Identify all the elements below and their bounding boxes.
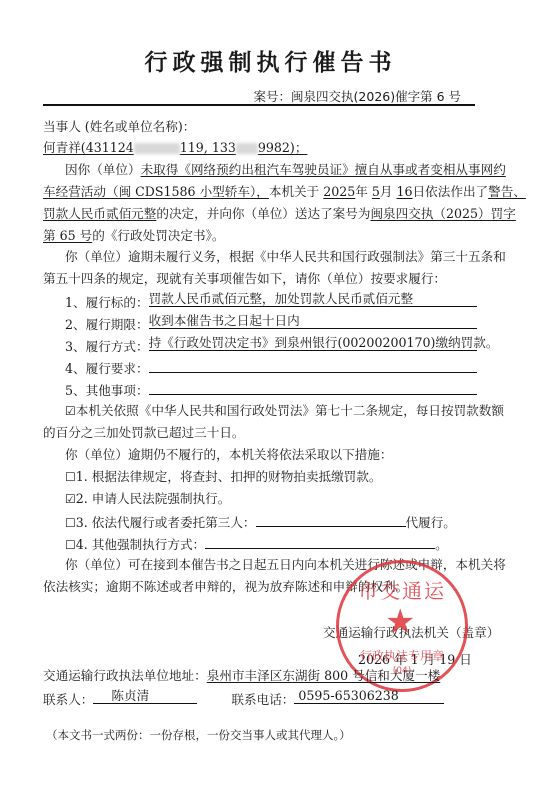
issuing-authority: 交通运输行政执法机关（盖章） — [323, 625, 499, 641]
para2-line1: 你（单位）逾期未履行义务，根据《中华人民共和国行政强制法》第三十五条和 — [65, 249, 506, 265]
measure-item: ☑2. 申请人民法院强制执行。 — [65, 491, 230, 507]
para1-line3: 罚款人民币贰佰元整的决定，并向你（单位）送达了案号为闽泉四交执（2025）罚字 — [43, 206, 516, 222]
requirement-item: 1、履行标的：罚款人民币贰佰元整，加处罚款人民币贰佰元整 — [65, 293, 477, 311]
measure-suffix: 。 — [435, 537, 448, 552]
checkbox-checked-icon: ☑ — [65, 492, 76, 506]
surcharge-text-1: 本机关依照《中华人民共和国行政处罚法》第七十二条规定，每日按罚款数额 — [76, 403, 504, 418]
penalty-fine: 罚款人民币贰佰元整 — [43, 206, 156, 221]
redacted-phone — [236, 143, 258, 154]
requirement-value-field: 持《行政处罚决定书》到泉州银行(00200200170)缴纳罚款。 — [149, 337, 477, 351]
address-label: 交通运输行政执法单位地址： — [43, 668, 207, 683]
para1-text-b: 的决定，并向你（单位）送达了案号为 — [156, 206, 370, 221]
requirement-value: 持《行政处罚决定书》到泉州银行(00200200170)缴纳罚款。 — [149, 335, 499, 351]
party-name-mid: 119, 133 — [180, 140, 236, 155]
third-party-field — [256, 513, 406, 527]
para1-line2: 车经营活动（闽 CDS1586 小型轿车），本机关于 2025年 5月 16日依… — [43, 184, 526, 200]
violation-text-1: 未取得《网络预约出租汽车驾驶员证》擅自从事或者变相从事网约 — [141, 162, 506, 177]
requirement-value-field: 收到本催告书之日起十日内 — [149, 315, 477, 329]
requirement-item: 3、履行方式：持《行政处罚决定书》到泉州银行(00200200170)缴纳罚款。 — [65, 337, 477, 355]
contact-line: 联系人：陈贞清 联系电话：0595-65306238 — [43, 690, 444, 708]
checkbox-empty-icon: ☐ — [65, 470, 76, 484]
para1-text-c: 的《行政处罚决定书》。 — [92, 228, 224, 243]
redacted-id — [134, 143, 180, 154]
penalty-warning: 警告、 — [488, 184, 526, 199]
decision-number-a: 闽泉四交执（2025）罚字 — [370, 206, 515, 221]
para1-lead: 因你（单位） — [65, 162, 141, 177]
checkbox-empty-icon: ☐ — [65, 538, 76, 552]
requirement-label: 2、履行期限： — [65, 317, 149, 332]
contact-phone-label: 联系电话： — [231, 692, 294, 707]
decision-number-b: 第 65 号 — [43, 228, 92, 243]
measure-text: 4. 其他强制执行方式： — [76, 537, 205, 552]
measure-text: 2. 申请人民法院强制执行。 — [76, 491, 231, 506]
requirement-item: 4、履行要求： — [65, 359, 477, 377]
address-value: 泉州市丰泽区东湖街 800 号信和大厦一楼 — [207, 668, 441, 683]
surcharge-line2: 的百分之三加处罚款已超过三十日。 — [43, 425, 245, 441]
para1-line4: 第 65 号的《行政处罚决定书》。 — [43, 228, 224, 244]
party-name-prefix: 何青祥(431124 — [43, 140, 134, 155]
statement-line1: 你（单位）可在接到本催告书之日起五日内向本机关进行陈述或申辩，本机关将 — [65, 557, 506, 573]
measure-text: 1. 根据法律规定，将查封、扣押的财物拍卖抵缴罚款。 — [76, 469, 382, 484]
measure-item: ☐3. 依法代履行或者委托第三人：代履行。 — [65, 513, 456, 531]
requirement-label: 1、履行标的： — [65, 295, 149, 310]
measure-item: ☐4. 其他强制执行方式：。 — [65, 535, 448, 553]
year-label: 年 — [355, 184, 368, 199]
requirement-label: 3、履行方式： — [65, 339, 149, 354]
case-number: 案号：闽泉四交执(2026)催字第 6 号 — [254, 87, 461, 105]
contact-person-label: 联系人： — [43, 692, 93, 707]
requirement-value: 罚款人民币贰佰元整，加处罚款人民币贰佰元整 — [149, 291, 413, 307]
requirement-item: 2、履行期限：收到本催告书之日起十日内 — [65, 315, 477, 333]
measure-suffix: 代履行。 — [406, 515, 456, 530]
para2-line2: 第五十四条的规定，现就有关事项催告如下，请你（单位）按要求履行： — [43, 271, 446, 287]
requirement-value-field — [149, 359, 477, 373]
checkbox-empty-icon: ☐ — [65, 516, 76, 530]
contact-person-field: 陈贞清 — [93, 690, 197, 704]
contact-person: 陈贞清 — [111, 688, 149, 704]
measure-item: ☐1. 根据法律规定，将查封、扣押的财物拍卖抵缴罚款。 — [65, 469, 381, 485]
document-title: 行政强制执行催告书 — [0, 44, 541, 77]
requirement-label: 4、履行要求： — [65, 361, 149, 376]
violation-text-2: 车经营活动（闽 CDS1586 小型轿车）， — [43, 184, 269, 199]
measures-intro: 你（单位）逾期仍不履行的，本机关将依法采取以下措施： — [65, 447, 392, 463]
day-label: 日依法作出了 — [413, 184, 489, 199]
issue-date: 2026 年 1 月 19 日 — [358, 652, 472, 668]
header-divider — [43, 104, 475, 106]
contact-phone-field: 0595-65306238 — [294, 690, 444, 704]
para1-line1: 因你（单位）未取得《网络预约出租汽车驾驶员证》擅自从事或者变相从事网约 — [65, 162, 506, 178]
requirement-item: 5、其他事项： — [65, 381, 477, 399]
requirement-value-field: 罚款人民币贰佰元整，加处罚款人民币贰佰元整 — [149, 293, 477, 307]
decision-month: 5 — [372, 184, 380, 199]
measure-text: 3. 依法代履行或者委托第三人： — [76, 515, 256, 530]
requirement-label: 5、其他事项： — [65, 383, 149, 398]
address-line: 交通运输行政执法单位地址：泉州市丰泽区东湖街 800 号信和大厦一楼 — [43, 668, 440, 684]
statement-line2: 依法核实；逾期不陈述或者申辩的，视为放弃陈述和申辩的权利。 — [43, 579, 408, 595]
other-method-field — [205, 535, 435, 549]
party-name: 何青祥(431124119, 1339982)； — [43, 140, 307, 156]
decision-day: 16 — [397, 184, 413, 199]
month-label: 月 — [380, 184, 393, 199]
surcharge-line1: ☑本机关依照《中华人民共和国行政处罚法》第七十二条规定，每日按罚款数额 — [65, 403, 504, 419]
party-label: 当事人 (姓名或单位名称)： — [43, 119, 195, 135]
party-name-suffix: 9982)； — [258, 140, 308, 155]
footnote: （本文书一式两份：一份存根，一份交当事人或其代理人。） — [46, 727, 351, 743]
contact-phone: 0595-65306238 — [298, 688, 398, 704]
para1-text-a: 本机关于 — [269, 184, 319, 199]
requirement-value-field — [149, 381, 477, 395]
checkbox-checked-icon: ☑ — [65, 404, 76, 418]
requirement-value: 收到本催告书之日起十日内 — [149, 313, 300, 329]
enforcement-notice-document: 行政强制执行催告书 案号：闽泉四交执(2026)催字第 6 号 当事人 (姓名或… — [0, 0, 541, 798]
decision-year: 2025 — [323, 184, 355, 199]
